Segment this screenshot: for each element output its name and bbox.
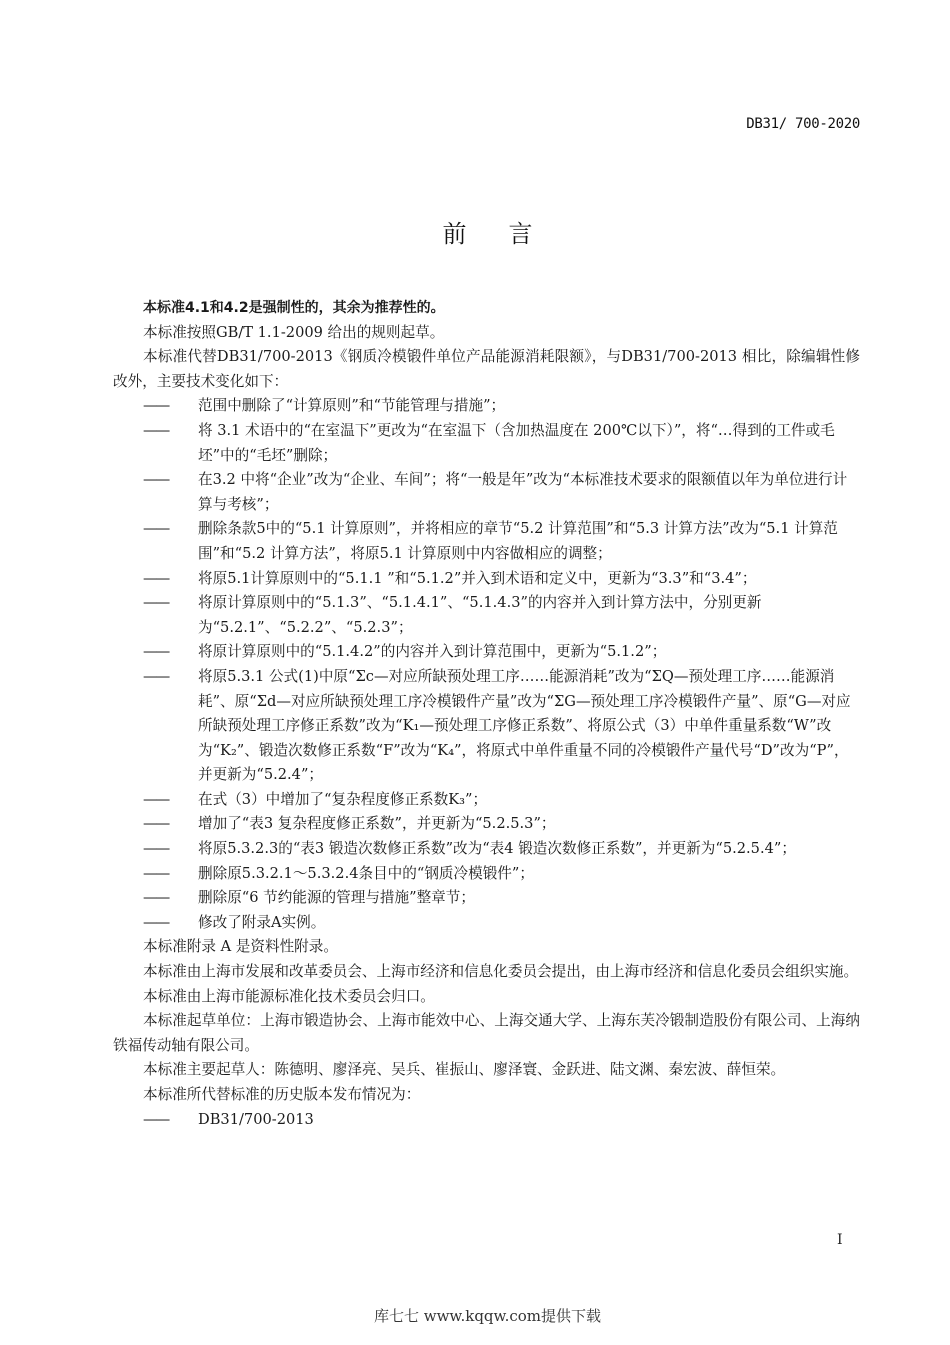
- list-item: ——删除原5.3.2.1～5.3.2.4条目中的“钢质冷模锻件”；: [143, 862, 860, 887]
- list-item: ——将原计算原则中的“5.1.4.2”的内容并入到计算范围中，更新为“5.1.2…: [143, 640, 860, 665]
- list-item: ——范围中删除了“计算原则”和“节能管理与措施”；: [143, 394, 860, 419]
- standard-code: DB31/ 700-2020: [746, 116, 860, 132]
- dash-marker: ——: [143, 812, 198, 837]
- dash-marker: ——: [143, 665, 198, 690]
- replacement-paragraph: 本标准代替DB31/700-2013《钢质冷模锻件单位产品能源消耗限额》，与DB…: [113, 345, 860, 394]
- proposer-paragraph: 本标准由上海市发展和改革委员会、上海市经济和信息化委员会提出，由上海市经济和信息…: [113, 960, 860, 985]
- list-item: ——增加了“表3 复杂程度修正系数”，并更新为“5.2.5.3”；: [143, 812, 860, 837]
- committee-paragraph: 本标准由上海市能源标准化技术委员会归口。: [113, 985, 860, 1010]
- title-char-1: 前: [443, 220, 467, 248]
- dash-marker: ——: [143, 394, 198, 419]
- list-item: ——在式（3）中增加了“复杂程度修正系数K₃”；: [143, 788, 860, 813]
- drafters-paragraph: 本标准主要起草人：陈德明、廖泽亮、吴兵、崔振山、廖泽寰、金跃进、陆文渊、秦宏波、…: [113, 1058, 860, 1083]
- list-item: ——删除原“6 节约能源的管理与措施”整章节；: [143, 886, 860, 911]
- dash-marker: ——: [143, 517, 198, 542]
- dash-marker: ——: [143, 862, 198, 887]
- history-item: ——DB31/700-2013: [143, 1108, 860, 1133]
- list-item: ——在3.2 中将“企业”改为“企业、车间”；将“一般是年”改为“本标准技术要求…: [143, 468, 860, 517]
- history-intro-paragraph: 本标准所代替标准的历史版本发布情况为：: [113, 1083, 860, 1108]
- mandatory-statement: 本标准4.1和4.2是强制性的，其余为推荐性的。: [113, 296, 860, 321]
- dash-marker: ——: [143, 886, 198, 911]
- dash-marker: ——: [143, 640, 198, 665]
- dash-marker: ——: [143, 468, 198, 493]
- page-number: I: [837, 1232, 843, 1248]
- drafting-rule-paragraph: 本标准按照GB/T 1.1-2009 给出的规则起草。: [113, 321, 860, 346]
- foreword-body: 本标准4.1和4.2是强制性的，其余为推荐性的。 本标准按照GB/T 1.1-2…: [113, 296, 860, 1132]
- dash-marker: ——: [143, 788, 198, 813]
- dash-marker: ——: [143, 419, 198, 444]
- list-item: ——将原5.3.2.3的“表3 锻造次数修正系数”改为“表4 锻造次数修正系数”…: [143, 837, 860, 862]
- list-item: ——将 3.1 术语中的“在室温下”更改为“在室温下（含加热温度在 200℃以下…: [143, 419, 860, 468]
- appendix-paragraph: 本标准附录 A 是资料性附录。: [113, 935, 860, 960]
- changes-list: ——范围中删除了“计算原则”和“节能管理与措施”； ——将 3.1 术语中的“在…: [113, 394, 860, 935]
- dash-marker: ——: [143, 911, 198, 936]
- list-item: ——修改了附录A实例。: [143, 911, 860, 936]
- dash-marker: ——: [143, 567, 198, 592]
- list-item: ——将原计算原则中的“5.1.3”、“5.1.4.1”、“5.1.4.3”的内容…: [143, 591, 860, 640]
- download-footer: 库七七 www.kqqw.com提供下载: [0, 1305, 950, 1326]
- title-char-2: 言: [509, 220, 533, 248]
- dash-marker: ——: [143, 837, 198, 862]
- list-item: ——将原5.3.1 公式(1)中原“Σc—对应所缺预处理工序……能源消耗”改为“…: [143, 665, 860, 788]
- list-item: ——删除条款5中的“5.1 计算原则”，并将相应的章节“5.2 计算范围”和“5…: [143, 517, 860, 566]
- page-title: 前言: [0, 214, 950, 249]
- list-item: ——将原5.1计算原则中的“5.1.1 ”和“5.1.2”并入到术语和定义中，更…: [143, 567, 860, 592]
- drafting-units-paragraph: 本标准起草单位：上海市锻造协会、上海市能效中心、上海交通大学、上海东芙冷锻制造股…: [113, 1009, 860, 1058]
- dash-marker: ——: [143, 1108, 198, 1133]
- dash-marker: ——: [143, 591, 198, 616]
